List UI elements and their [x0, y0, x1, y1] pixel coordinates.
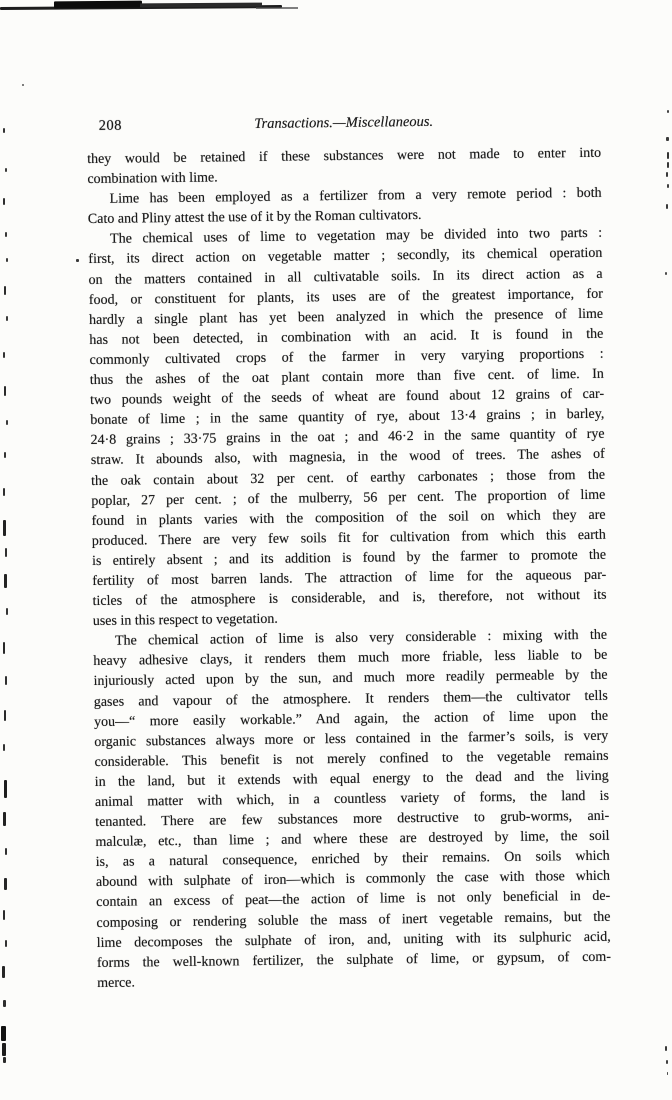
scan-speck	[3, 128, 5, 133]
scan-speck	[3, 1000, 6, 1007]
scan-artifact-top-bar	[140, 3, 262, 8]
scan-speck	[4, 878, 7, 890]
scan-speck	[665, 272, 667, 275]
scan-speck	[4, 710, 6, 721]
scan-speck	[6, 608, 8, 615]
scan-speck	[22, 84, 24, 86]
scan-speck	[3, 812, 6, 826]
scan-speck	[5, 676, 7, 685]
scan-artifact-top-bar	[0, 5, 282, 10]
scan-speck	[3, 488, 5, 496]
scanned-page: 208 Transactions.—Miscellaneous. they wo…	[0, 0, 672, 1100]
scan-artifact-top-bar	[256, 7, 298, 9]
scan-speck	[3, 1057, 6, 1063]
scan-speck	[5, 940, 7, 947]
scan-speck	[4, 452, 6, 458]
scan-speck	[667, 152, 669, 159]
scan-speck	[666, 137, 669, 141]
scan-speck	[3, 744, 5, 751]
scan-speck	[2, 966, 5, 978]
paragraph: they would be retained if these substanc…	[87, 144, 601, 190]
running-title: Transactions.—Miscellaneous.	[254, 114, 433, 132]
scan-speck	[667, 1072, 668, 1075]
scan-speck	[5, 548, 7, 557]
scan-speck	[4, 574, 7, 588]
page-header: 208 Transactions.—Miscellaneous.	[87, 110, 601, 137]
page-content: 208 Transactions.—Miscellaneous. they wo…	[87, 110, 612, 994]
scan-speck	[666, 172, 668, 177]
scan-speck	[665, 1046, 667, 1051]
scan-speck	[3, 642, 5, 654]
scan-speck	[3, 910, 5, 920]
scan-artifact-top-bar	[54, 1, 142, 9]
scan-speck	[6, 258, 8, 262]
scan-speck	[667, 184, 669, 188]
scan-speck	[5, 232, 7, 237]
body-text: they would be retained if these substanc…	[87, 144, 611, 994]
scan-speck	[3, 520, 6, 536]
page-number: 208	[99, 116, 123, 137]
paragraph: The chemical uses of lime to vegetation …	[88, 224, 607, 632]
scan-speck	[1, 1026, 6, 1041]
scan-speck	[666, 1060, 668, 1064]
scan-speck	[4, 780, 7, 798]
scan-speck	[6, 316, 8, 321]
scan-speck	[4, 286, 6, 295]
scan-speck	[6, 420, 8, 425]
paragraph: The chemical action of lime is also very…	[93, 626, 611, 994]
scan-speck	[5, 168, 7, 172]
scan-speck	[667, 162, 669, 168]
scan-speck	[2, 1043, 6, 1056]
scan-speck	[667, 110, 669, 113]
paragraph: Lime has been employed as a fertilizer f…	[88, 184, 602, 230]
scan-speck	[76, 259, 79, 262]
scan-speck	[5, 848, 7, 855]
scan-speck	[4, 386, 6, 396]
scan-speck	[3, 198, 5, 205]
scan-speck	[666, 204, 668, 209]
scan-speck	[3, 352, 5, 358]
